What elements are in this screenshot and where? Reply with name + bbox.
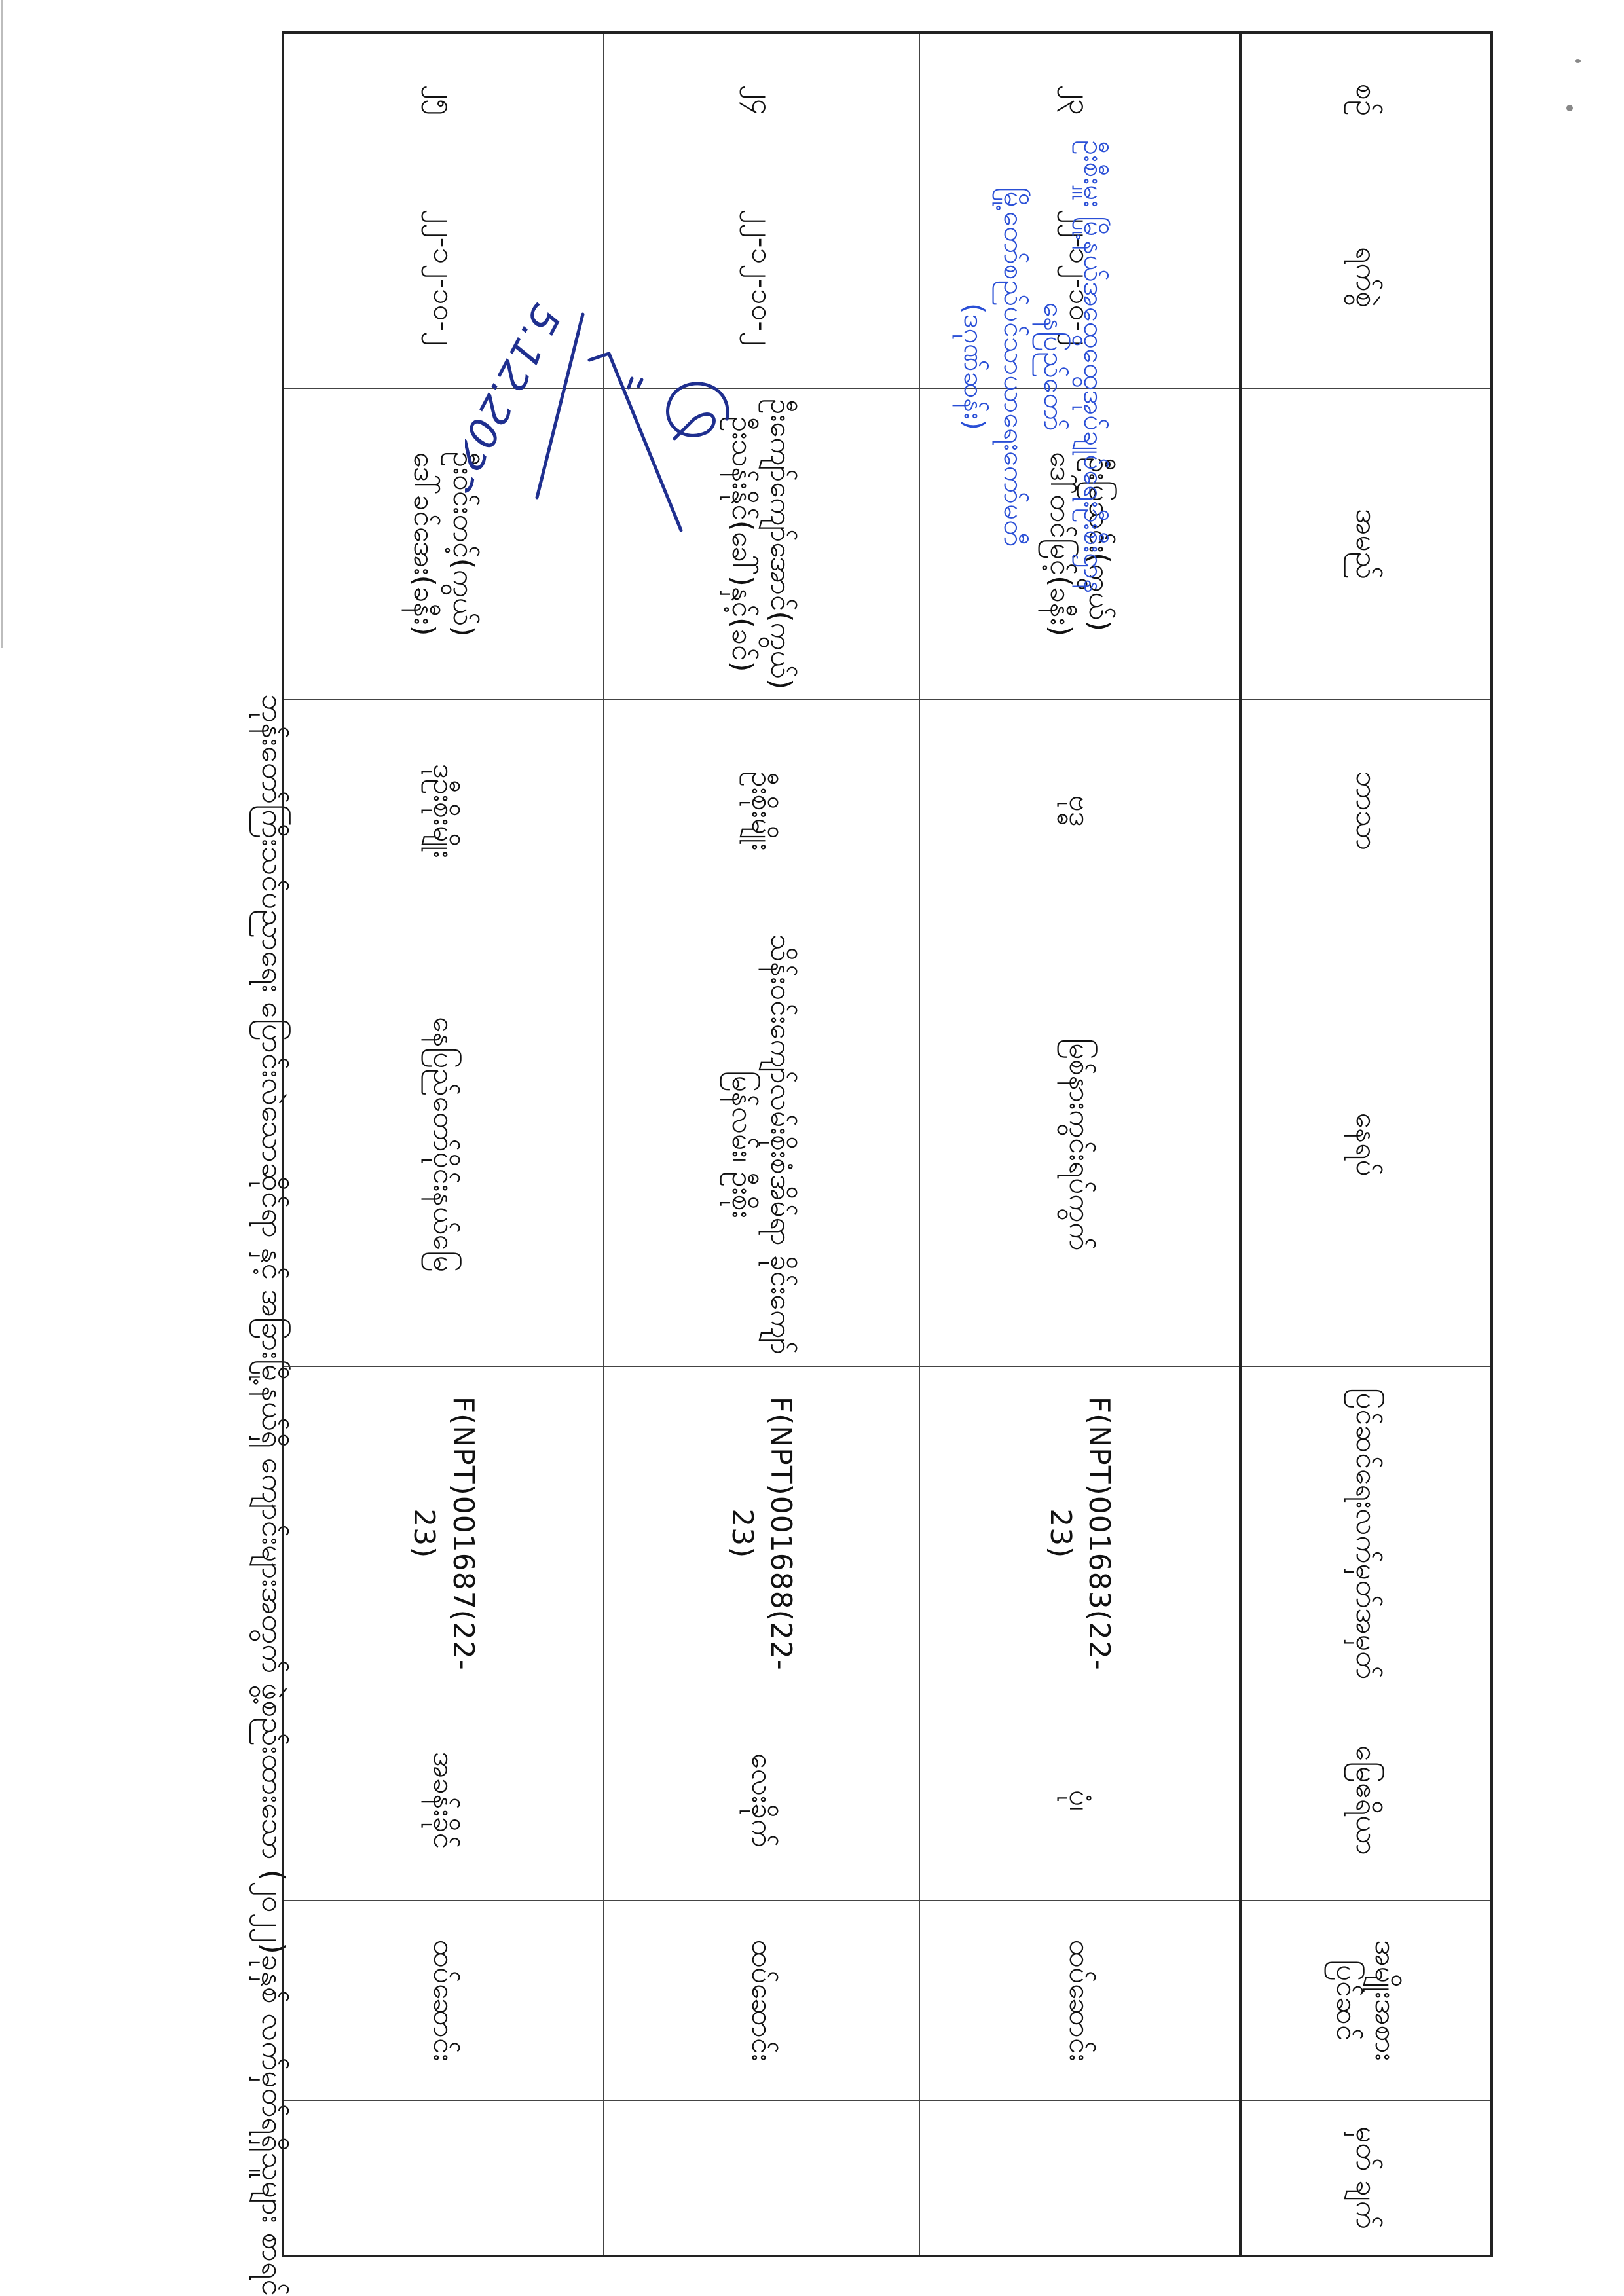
cell-registration-no: F(NPT)001688(22-23) bbox=[603, 1367, 920, 1700]
name-line: ဒေါ်ခင်အေး(ခနီး) bbox=[405, 398, 443, 690]
cell-religion: ဒုဦးစိုးမျိုး bbox=[283, 700, 603, 922]
name-line: ဦးကျော်ကျော်အောင်(ကွယ်) bbox=[762, 398, 800, 690]
stamp-line: နေပြည်တော် bbox=[1033, 137, 1073, 596]
cell-registration-no: F(NPT)001683(22-23) bbox=[920, 1367, 1240, 1700]
column-header-no: စဉ် bbox=[1240, 33, 1492, 166]
cell-area: အခန်းခိုင် bbox=[283, 1700, 603, 1901]
cell-fee-type: ထပ်ဆောင်း bbox=[603, 1901, 920, 2101]
handwritten-signature: 5.12.2022 bbox=[465, 223, 753, 589]
cell-no: ၂၅ bbox=[283, 33, 603, 166]
column-header-name: အမည် bbox=[1240, 388, 1492, 699]
stamp-line: မြို့တော်စည်ပင်သာယာရေးကော်မတီ bbox=[993, 137, 1033, 596]
stamp-line: ဦးစီးမှူး မြို့နယ်အထွေထွေအုပ်ချုပ်ရေးဦးစ… bbox=[1073, 137, 1113, 596]
cell-remarks bbox=[603, 2100, 920, 2256]
rotated-document-page: ဘုန်းတော်ကြီးသင်ပညာရေး ပြောင်းလဲသောဆိုင်… bbox=[0, 0, 1624, 2296]
cell-remarks bbox=[920, 2100, 1240, 2256]
cell-religion: ဗုဒ္ဓ bbox=[920, 700, 1240, 922]
cell-address: မြစ်နားကွင်းရပ်ကွက် bbox=[920, 922, 1240, 1366]
column-header-fee-type: အမျိုးအစား ပြင်ဆင် bbox=[1240, 1901, 1492, 2101]
cell-remarks bbox=[283, 2100, 603, 2256]
column-header-date: ရက်စွဲ bbox=[1240, 166, 1492, 389]
signature-date: 5.12.2022 bbox=[465, 297, 570, 501]
cell-no: ၂၄ bbox=[603, 33, 920, 166]
column-header-remarks: မှတ် ချက် bbox=[1240, 2100, 1492, 2256]
column-header-registration-no: ပြင်ဆင်ရေးလက်မှတ်အမှတ် bbox=[1240, 1367, 1492, 1700]
cell-fee-type: ထပ်ဆောင်း bbox=[283, 1901, 603, 2101]
column-header-area: မြေဧရိယာ bbox=[1240, 1700, 1492, 1901]
cell-address: နေပြည်တော်ပိုင်းနယ်မြေ bbox=[283, 922, 603, 1366]
cell-area: လေးခိုက် bbox=[603, 1700, 920, 1901]
registration-table: စဉ်ရက်စွဲအမည်ဘာသာနေရပ်ပြင်ဆင်ရေးလက်မှတ်အ… bbox=[282, 31, 1493, 2257]
table-header-row: စဉ်ရက်စွဲအမည်ဘာသာနေရပ်ပြင်ဆင်ရေးလက်မှတ်အ… bbox=[1240, 33, 1492, 2256]
stamp-line: (ဒဂုဏ်ဆန်း) bbox=[953, 137, 993, 596]
cell-fee-type: ထပ်ဆောင်း bbox=[920, 1901, 1240, 2101]
cell-religion: ဦးစိုးမျိုး bbox=[603, 700, 920, 922]
cell-area: ပုံ၊ bbox=[920, 1700, 1240, 1901]
cell-registration-no: F(NPT)001687(22-23) bbox=[283, 1367, 603, 1700]
column-header-address: နေရပ် bbox=[1240, 922, 1492, 1366]
cell-address: သိန်းဝင်းကျော်လမ်းစိုးစံအိမ်ရာ ခိုင်းကျေ… bbox=[603, 922, 920, 1366]
registration-table-wrapper: စဉ်ရက်စွဲအမည်ဘာသာနေရပ်ပြင်ဆင်ရေးလက်မှတ်အ… bbox=[282, 31, 1493, 2257]
official-stamp: ဦးစီးမှူး မြို့နယ်အထွေထွေအုပ်ချုပ်ရေးဦးစ… bbox=[953, 137, 1113, 596]
column-header-religion: ဘာသာ bbox=[1240, 700, 1492, 922]
